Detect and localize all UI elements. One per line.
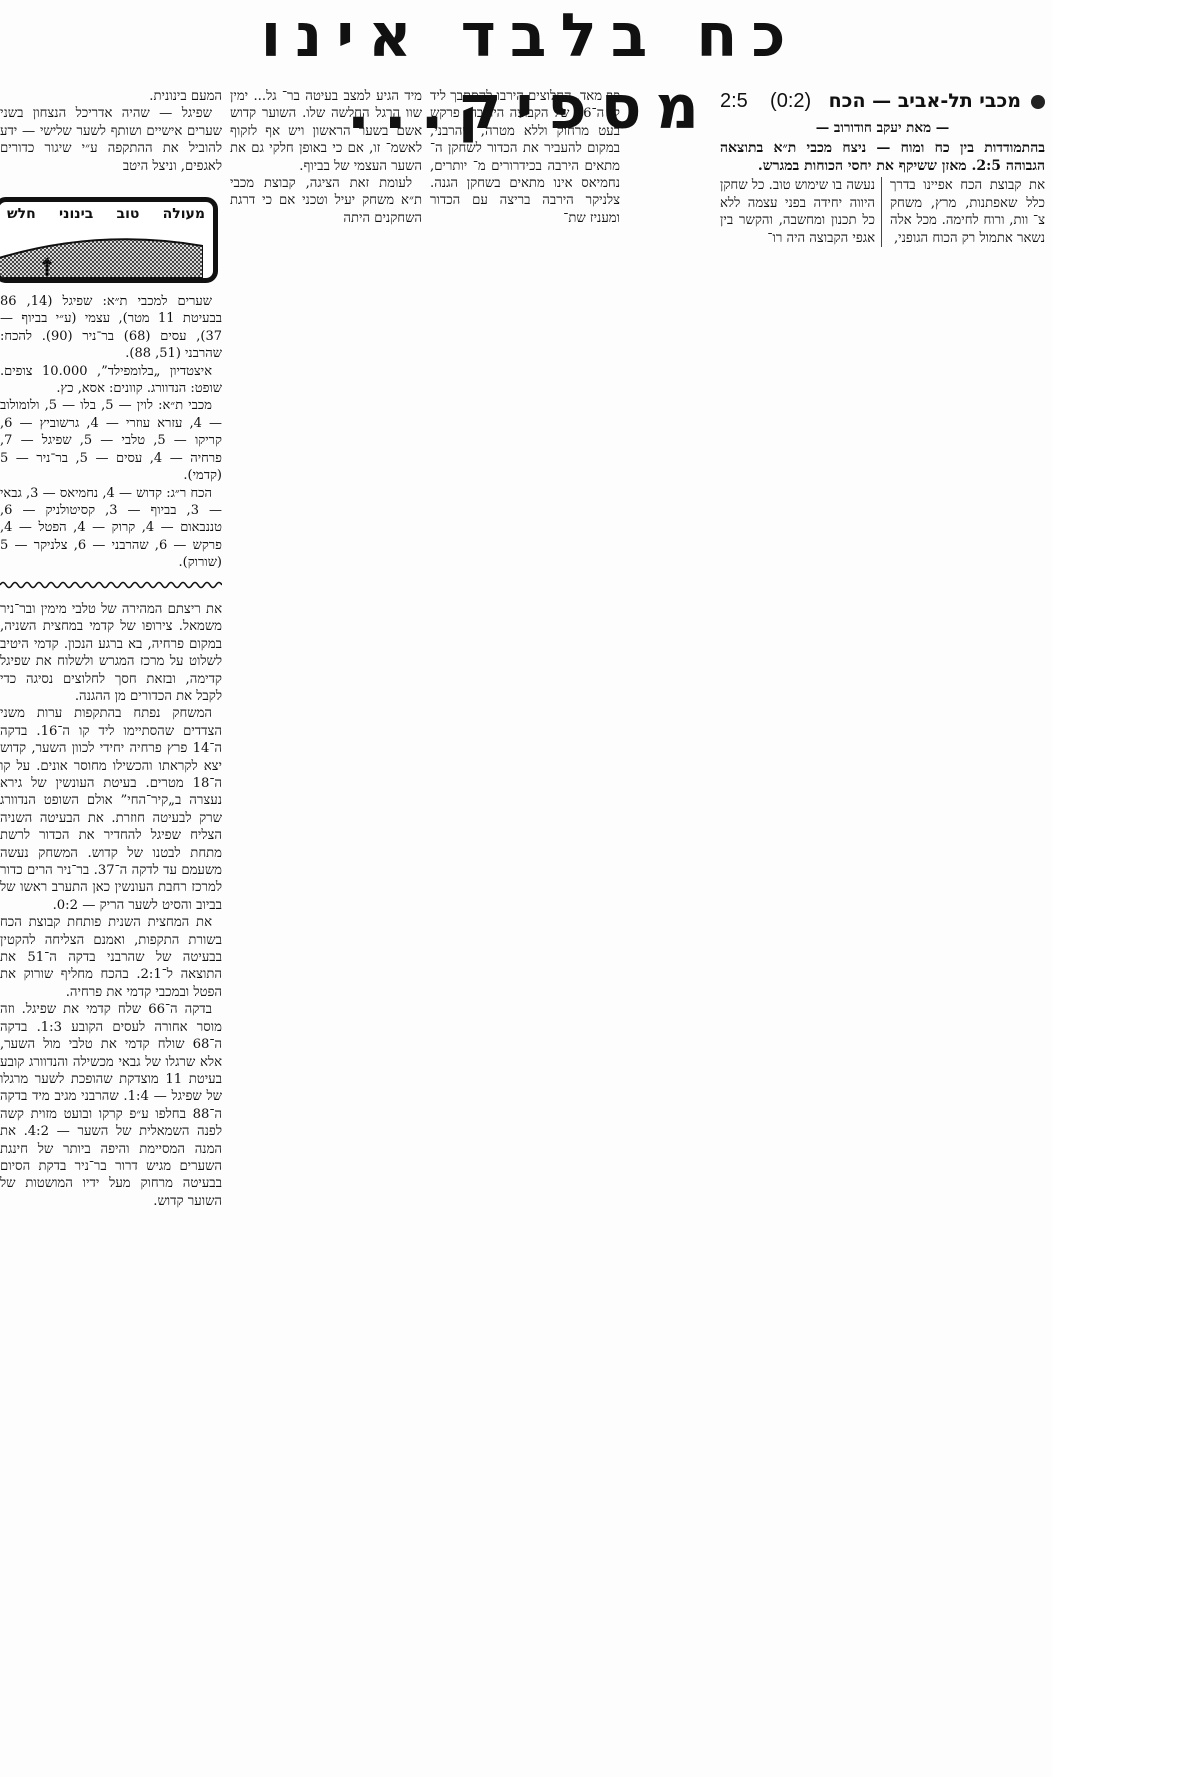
gauge-label-weak: חלש xyxy=(7,206,36,223)
final-score: 2:5 xyxy=(720,90,748,112)
paragraph: המשחק נפתח בהתקפות ערות משני הצדדים שהסת… xyxy=(0,705,222,914)
article-title: מכבי תל-אביב — הכח xyxy=(829,93,1021,110)
paragraph: פף מאד, החלוצים הירבו להסתבך ליד קו ה־16… xyxy=(430,88,620,227)
paragraph: את ריצתם המהירה של טלבי מימין ובר־ניר מש… xyxy=(0,601,222,705)
paragraph: בדקה ה־66 שלח קדמי את שפיגל. וזה מוסר אח… xyxy=(0,1001,222,1210)
newspaper-page: כח בלבד אינו מספיק... מכבי תל-אביב — הכח… xyxy=(0,0,1052,1777)
stadium-info: איצטדיון „בלומפילד”, 10.000 צופים. שופט:… xyxy=(0,363,222,398)
paragraph: את המחצית השנית פותחת קבוצת הכח בשורת הת… xyxy=(0,914,222,1001)
byline: — מאת יעקב חודורוב — xyxy=(720,120,1045,137)
score: 2:5 (0:2) xyxy=(720,93,811,110)
paragraph: מיד הגיע למצב בעיטה בר־ גל... ימין שוו ה… xyxy=(230,88,422,175)
headline: כח בלבד אינו מספיק... xyxy=(130,0,930,72)
body-column-4: המעם בינונית. שפיגל — שהיה אדריכל הנצחון… xyxy=(0,88,222,1210)
gauge-label-excellent: מעולה xyxy=(163,206,205,223)
hakoah-ratings: הכח ר״ג: קדוש — 4, נחמיאס — 3, גבאי — 3,… xyxy=(0,485,222,572)
body-column-3: מיד הגיע למצב בעיטה בר־ גל... ימין שוו ה… xyxy=(230,88,422,227)
game-quality-gauge: מעולה טוב בינוני חלש xyxy=(0,197,218,283)
maccabi-ratings: מכבי ת״א: לוין — 5, בלו — 5, ולומולוב — … xyxy=(0,397,222,484)
paragraph: לעומת זאת הציגה, קבוצת מכבי ת״א משחק יעי… xyxy=(230,175,422,227)
intro-columns: את קבוצת הכח אפיינו בדרך כלל שאפתנות, מר… xyxy=(720,177,1045,247)
gauge-labels: מעולה טוב בינוני חלש xyxy=(0,202,213,223)
gauge-label-good: טוב xyxy=(117,206,140,223)
intro-left: נעשה בו שימוש טוב. כל שחקן היווה יחידה ב… xyxy=(720,177,882,247)
halftime-score: (0:2) xyxy=(770,90,811,112)
paragraph: המעם בינונית. xyxy=(0,88,222,105)
lead-paragraph: בהתמודדות בין כח ומוח — ניצח מכבי ת״א בת… xyxy=(720,139,1045,175)
gauge-arc-icon xyxy=(0,228,203,278)
bullet-icon xyxy=(1031,95,1045,109)
intro-right: את קבוצת הכח אפיינו בדרך כלל שאפתנות, מר… xyxy=(890,177,1045,247)
article-title-row: מכבי תל-אביב — הכח 2:5 (0:2) xyxy=(720,88,1045,116)
scorers: שערים למכבי ת״א: שפיגל (14, 86 בבעיטת 11… xyxy=(0,293,222,363)
wavy-divider-icon xyxy=(0,580,222,590)
body-column-2: פף מאד, החלוצים הירבו להסתבך ליד קו ה־16… xyxy=(430,88,620,227)
article-header-column: מכבי תל-אביב — הכח 2:5 (0:2) — מאת יעקב … xyxy=(720,88,1045,247)
match-stats: שערים למכבי ת״א: שפיגל (14, 86 בבעיטת 11… xyxy=(0,293,222,572)
paragraph: שפיגל — שהיה אדריכל הנצחון בשני שערים אי… xyxy=(0,105,222,175)
gauge-label-average: בינוני xyxy=(59,206,93,223)
